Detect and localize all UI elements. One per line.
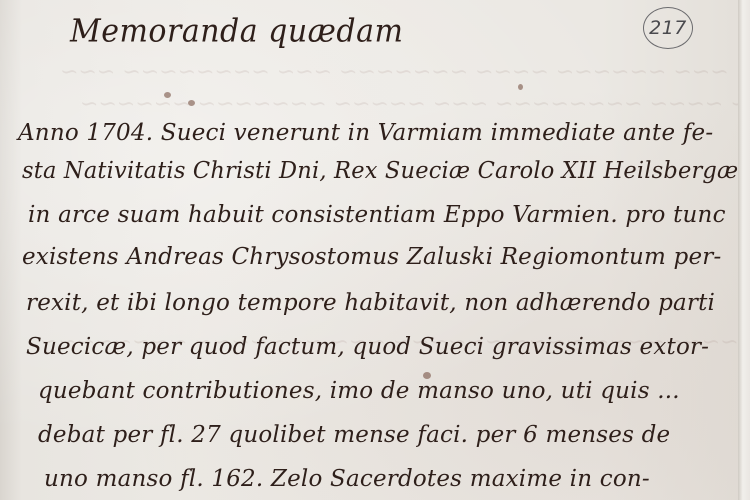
page-edge — [738, 0, 750, 500]
folio-number: 217 — [643, 7, 693, 49]
manuscript-line-2: sta Nativitatis Christi Dni, Rex Sueciæ … — [22, 158, 738, 184]
manuscript-line-6: Suecicæ, per quod factum, quod Sueci gra… — [26, 334, 709, 360]
manuscript-line-8: debat per fl. 27 quolibet mense faci. pe… — [38, 422, 670, 448]
manuscript-page: ~~~ ~~~ ~~~~~~ ~~~~ ~~~~~~~ ~~~ ~~~~~~~~… — [0, 0, 738, 500]
ink-stain — [164, 92, 171, 98]
bleed-through-text: ~~~ ~~~ ~~~~~~ ~~~~ ~~~~~~~ ~~~ ~~~~~~~~… — [60, 60, 750, 85]
manuscript-line-7: quebant contributiones, imo de manso uno… — [38, 378, 680, 404]
ink-stain — [188, 100, 195, 106]
page-title: Memoranda quædam — [70, 13, 403, 50]
manuscript-line-5: rexit, et ibi longo tempore habitavit, n… — [26, 290, 715, 316]
ink-stain — [518, 84, 523, 90]
manuscript-line-4: existens Andreas Chrysostomus Zaluski Re… — [22, 244, 721, 270]
manuscript-line-9: uno manso fl. 162. Zelo Sacerdotes maxim… — [44, 466, 650, 492]
folio-number-text: 217 — [649, 17, 687, 39]
bleed-through-text: ~~~~~ ~~~~ ~~~~~~~~ ~~~ ~~~~~ ~~~~~~~ ~~… — [80, 92, 750, 117]
manuscript-line-1: Anno 1704. Sueci venerunt in Varmiam imm… — [18, 120, 713, 146]
manuscript-line-3: in arce suam habuit consistentiam Eppo V… — [28, 202, 726, 228]
